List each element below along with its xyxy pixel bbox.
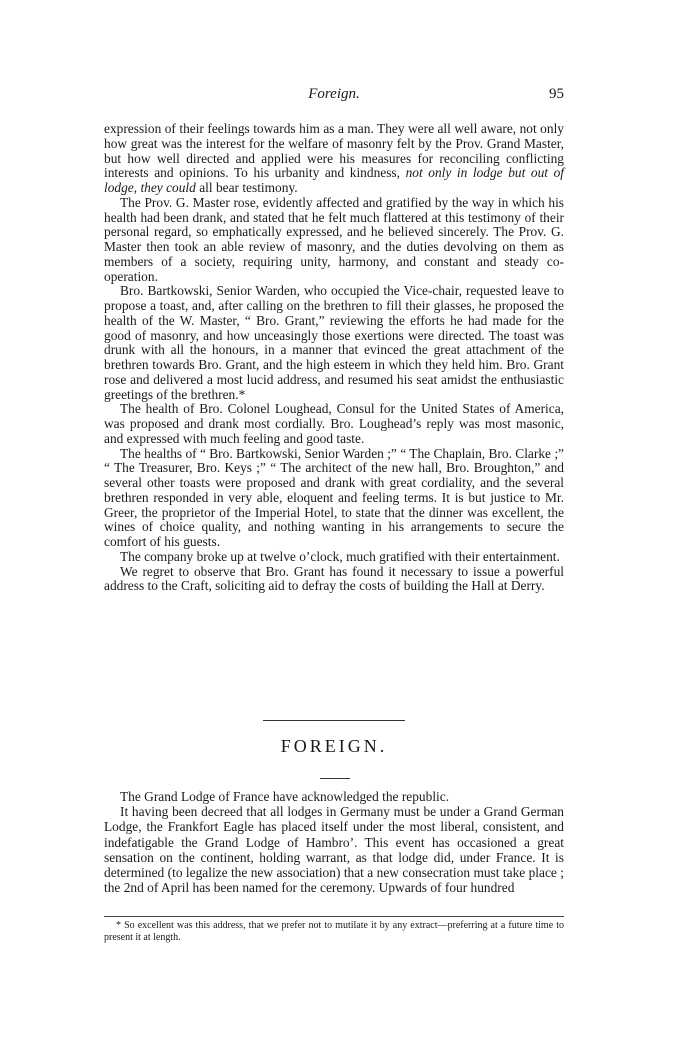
paragraph: The healths of “ Bro. Bartkowski, Senior… (104, 447, 564, 550)
paragraph: The Prov. G. Master rose, evidently affe… (104, 196, 564, 285)
paragraph: The Grand Lodge of France have acknowled… (104, 789, 564, 804)
title-underline (320, 778, 350, 779)
footnote: * So excellent was this address, that we… (104, 920, 564, 943)
section-divider (263, 720, 405, 721)
paragraph: It having been decreed that all lodges i… (104, 804, 564, 895)
paragraph-text: all bear testimony. (196, 180, 298, 195)
page-number: 95 (549, 86, 564, 103)
paragraph: expression of their feelings towards him… (104, 122, 564, 196)
paragraph: We regret to observe that Bro. Grant has… (104, 565, 564, 595)
running-head: Foreign. 95 (104, 86, 564, 104)
running-title: Foreign. (104, 86, 564, 103)
body-text: expression of their feelings towards him… (104, 122, 564, 594)
paragraph: Bro. Bartkowski, Senior Warden, who occu… (104, 284, 564, 402)
section-title: FOREIGN. (104, 736, 564, 757)
section-body: The Grand Lodge of France have acknowled… (104, 789, 564, 895)
paragraph: The company broke up at twelve o’clock, … (104, 550, 564, 565)
paragraph: The health of Bro. Colonel Loughead, Con… (104, 402, 564, 446)
footnote-rule (104, 916, 564, 917)
